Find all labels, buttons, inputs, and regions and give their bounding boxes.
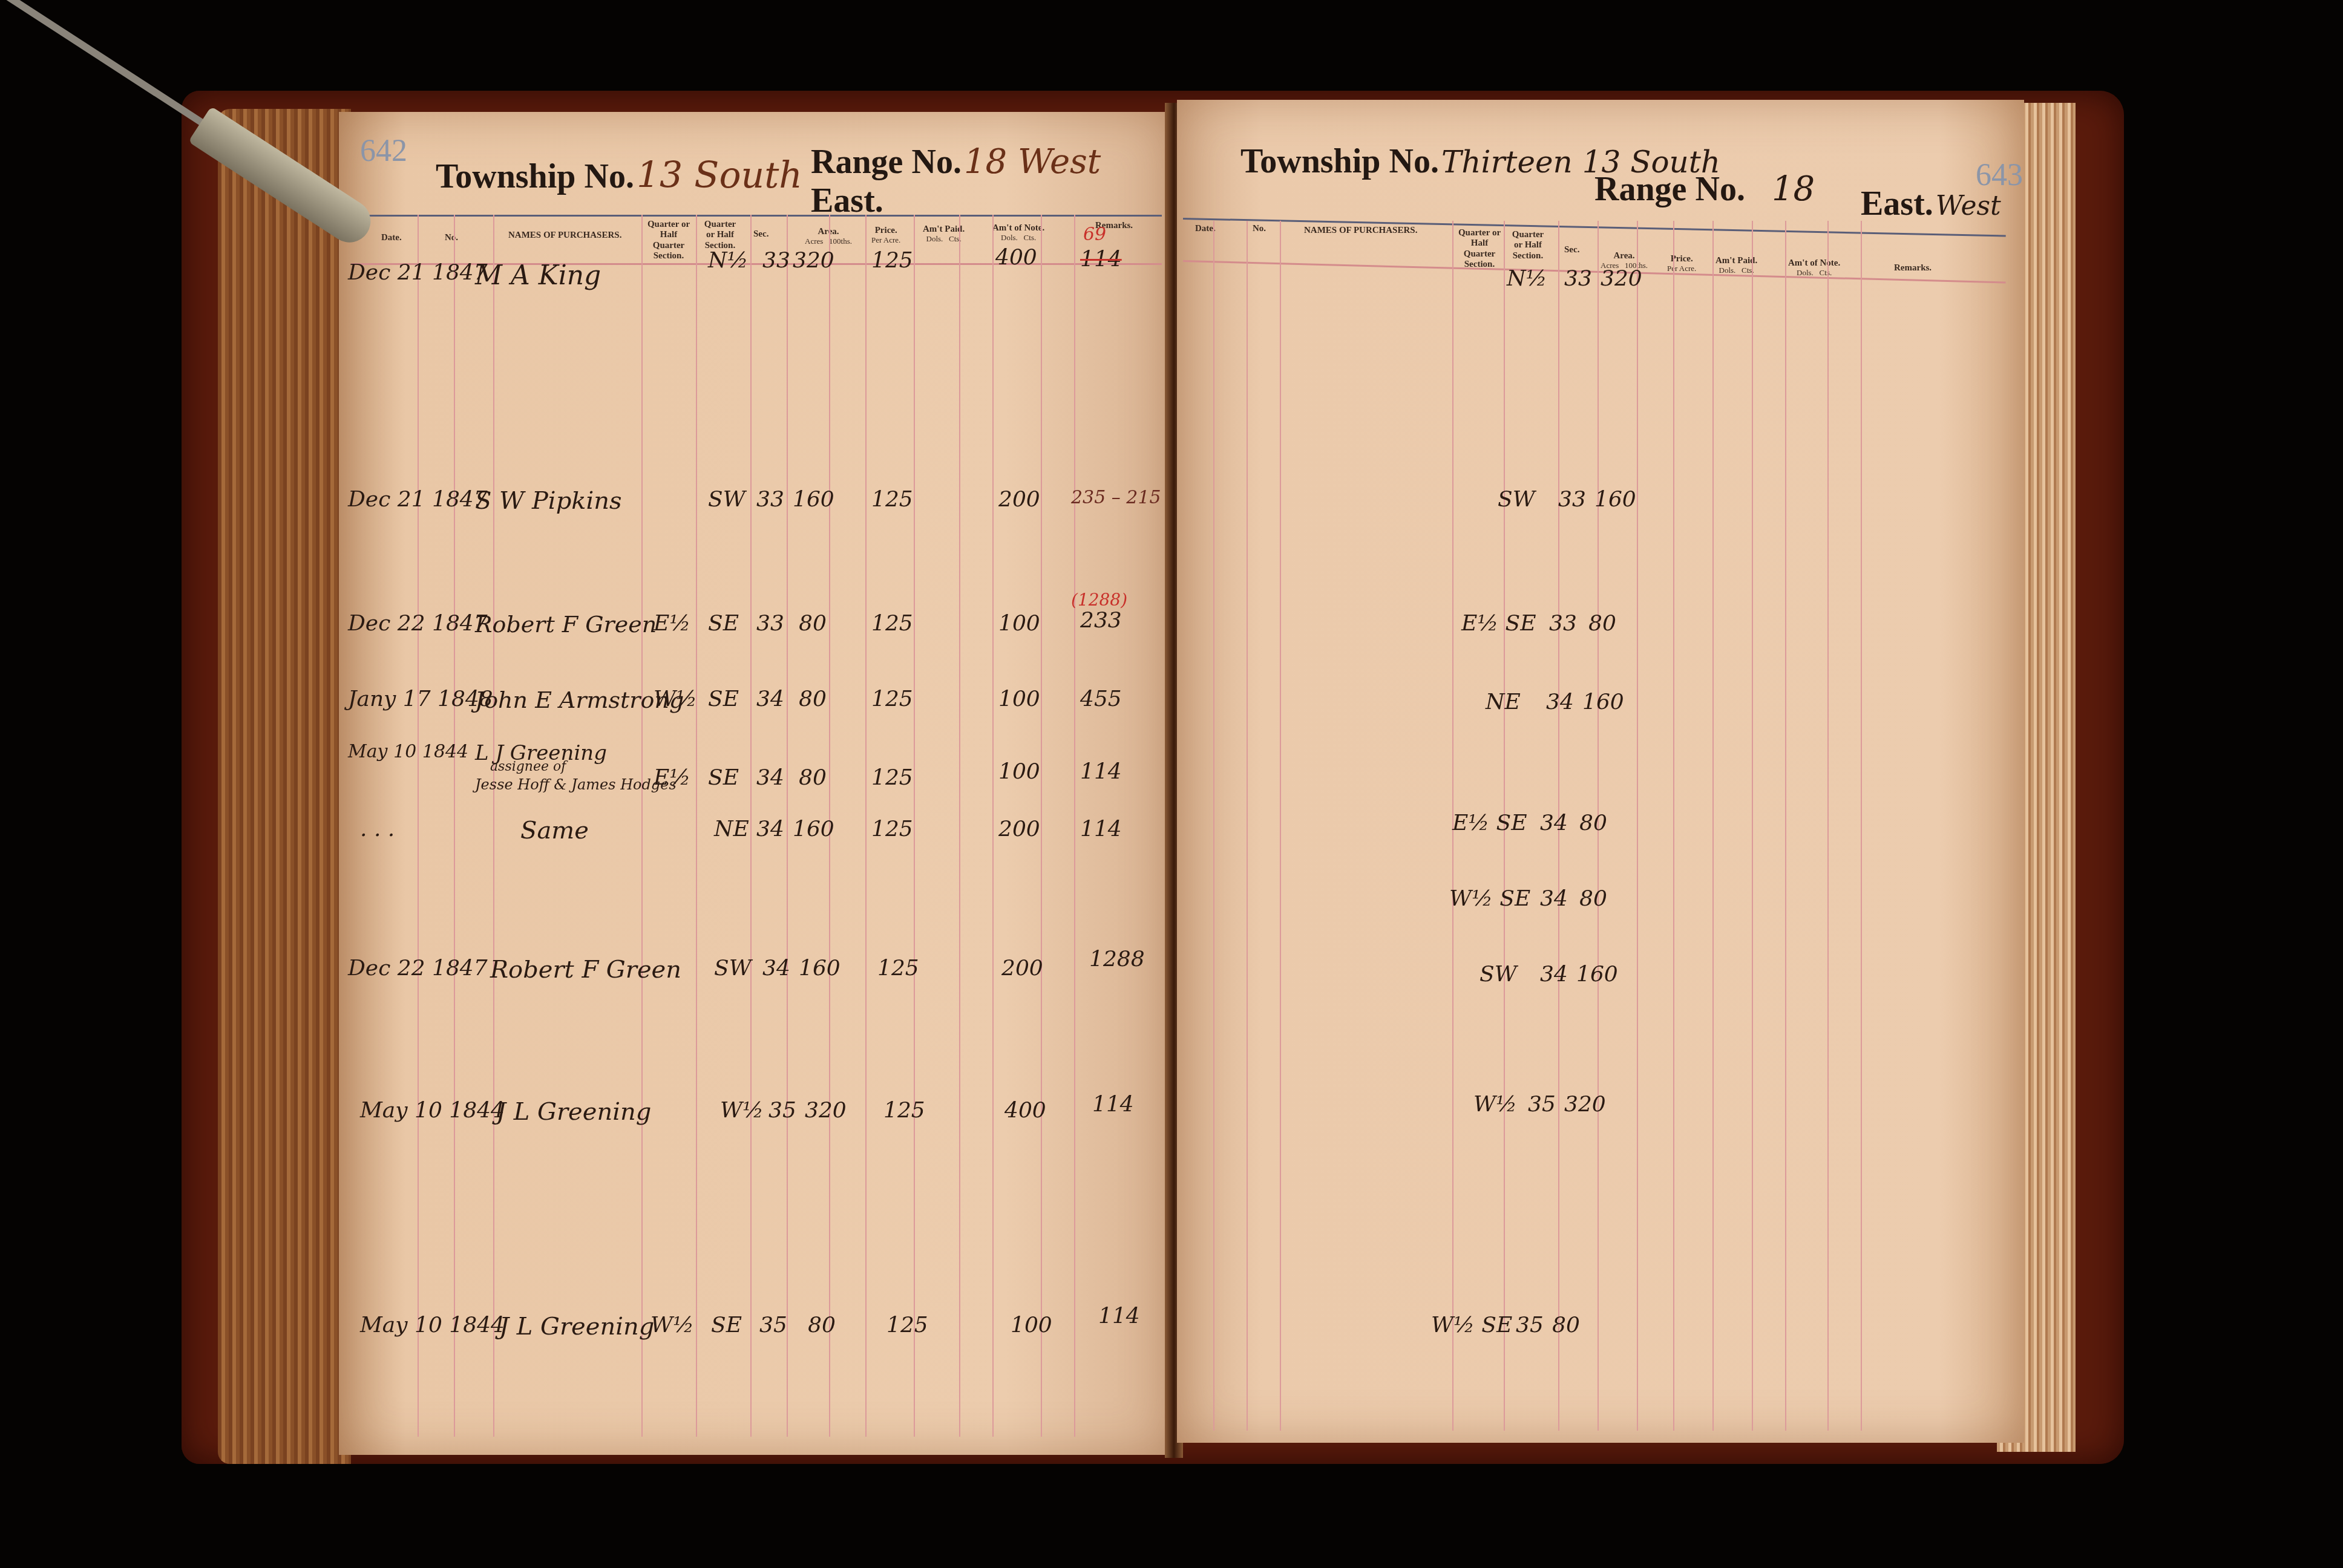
entry-acres: 160 (793, 487, 834, 512)
entry-remark: 114 (1080, 817, 1122, 841)
entry-acres: 80 (799, 765, 827, 790)
right-page: 643 Township No. Thirteen 13 South Range… (1177, 100, 2024, 1443)
ruling (750, 215, 752, 1437)
entry-price: 125 (871, 487, 913, 512)
entry-name: Robert F Green (475, 611, 657, 638)
entry-date: Dec 22 1847 (348, 611, 488, 636)
col-sec: Sec. (753, 229, 768, 240)
entry-sec: 34 (756, 687, 784, 711)
entry-date: May 10 1844 (360, 1313, 505, 1338)
entry-remark: 1288 (1089, 947, 1145, 972)
entry-note: 200 (998, 817, 1040, 841)
township-label: Township No. (1240, 143, 1439, 180)
page-number: 642 (360, 133, 407, 169)
ruling (1280, 221, 1281, 1431)
entry-quarter: SW (714, 956, 752, 981)
ruling (1712, 221, 1714, 1431)
ruling (1247, 221, 1248, 1431)
entry-half-quarter: E½ (654, 611, 690, 636)
entry-price: 125 (886, 1313, 928, 1338)
col-amt-paid: Am't Paid. Dols. Cts. (1715, 256, 1757, 275)
ruling (1041, 215, 1042, 1437)
col-no: No. (445, 233, 458, 243)
entry-name: J L Greening (496, 1098, 651, 1126)
entry-sec: 35 (768, 1098, 796, 1123)
entry-sec: 34 (762, 956, 790, 981)
col-no: No. (1253, 224, 1266, 234)
entry-half-quarter: W½ (650, 1313, 694, 1338)
entry-date: Dec 22 1847 (348, 956, 488, 981)
entry-half-quarter: E½ (654, 765, 690, 790)
page-holder-rod (0, 0, 215, 133)
ruling (418, 215, 419, 1437)
col-names: NAMES OF PURCHASERS. (508, 230, 621, 241)
entry-sec: 35 (759, 1313, 787, 1338)
entry-acres: 80 (799, 687, 827, 711)
entry-quarter: NE (714, 817, 749, 841)
entry-name: Robert F Green (490, 956, 681, 984)
entry-quarter: SE (708, 765, 739, 790)
entry-remark: 114 (1080, 759, 1122, 784)
column-header-rule (1183, 260, 2006, 284)
entry-price: 125 (877, 956, 919, 981)
entry-note: 400 (1004, 1098, 1046, 1123)
ruling (865, 215, 867, 1437)
entry-price: 125 (871, 687, 913, 711)
east-label: East. (811, 182, 883, 220)
entry-date: Dec 21 1847 (348, 487, 488, 512)
entry-note: 200 (1001, 956, 1043, 981)
range-value: 18 West (964, 142, 1101, 181)
ruling (1827, 221, 1829, 1431)
entry-remark: 235 – 215 (1071, 487, 1161, 508)
entry-note: 100 (998, 687, 1040, 711)
entry-remark: 114 (1098, 1304, 1140, 1328)
col-remarks: Remarks. (1894, 263, 1932, 273)
entry-remark: 233 (1080, 608, 1122, 633)
township-value: 13 South (637, 154, 802, 197)
entry-price: 125 (871, 248, 913, 273)
range-label: Range No. (1594, 171, 1745, 208)
entry-price: 125 (871, 611, 913, 636)
entry-sec: 35 (1516, 1313, 1544, 1338)
entry-remark: 114 (1092, 1092, 1134, 1117)
col-sec: Sec. (1564, 245, 1579, 255)
entry-parcel: E½ SE (1461, 611, 1536, 636)
range-header: Range No. 18 West East. (811, 142, 1171, 220)
col-date: Date. (1195, 224, 1216, 234)
entry-remark-red: 69 (1083, 224, 1106, 245)
entry-sec: 33 (1549, 611, 1577, 636)
entry-parcel: W½ (1473, 1092, 1517, 1117)
entry-sec: 33 (756, 487, 784, 512)
entry-parcel: SW (1498, 487, 1535, 512)
entry-note: 200 (998, 487, 1040, 512)
entry-name-assignor: Jesse Hoff & James Hodges (475, 776, 677, 793)
col-amt-note: Am't of Note. Dols. Cts. (1788, 258, 1840, 278)
entry-sec: 33 (756, 611, 784, 636)
entry-acres: 80 (799, 611, 827, 636)
entry-price: 125 (871, 817, 913, 841)
entry-sec: 34 (1540, 886, 1568, 911)
entry-sec: 35 (1528, 1092, 1556, 1117)
entry-acres: 80 (1579, 886, 1607, 911)
entry-quarter: SW (708, 487, 745, 512)
entry-date: May 10 1844 (348, 741, 468, 762)
left-page: 642 Township No. 13 South Range No. 18 W… (339, 112, 1171, 1455)
range-value: 18 (1772, 169, 1815, 209)
entry-name: M A King (475, 260, 601, 291)
entry-acres: 160 (1582, 690, 1624, 714)
ruling (914, 215, 915, 1437)
ruling (1861, 221, 1862, 1431)
entry-remark-red: (1288) (1071, 590, 1127, 610)
ruling (1785, 221, 1786, 1431)
entry-parcel: W½ SE (1431, 1313, 1512, 1338)
entry-half-quarter: W½ (654, 687, 697, 711)
entry-acres: 320 (793, 248, 834, 273)
entry-remark: 455 (1080, 687, 1122, 711)
col-date: Date. (381, 233, 402, 243)
entry-acres: 160 (1576, 962, 1618, 987)
col-quarter-half: Quarter or Half Section. (1507, 230, 1549, 261)
header-rule (351, 215, 1162, 217)
entry-name: S W Pipkins (475, 487, 622, 515)
east-suffix: West (1936, 191, 2001, 221)
ruling (1074, 215, 1075, 1437)
entry-name: Same (520, 817, 589, 844)
col-price: Price. Per Acre. (871, 226, 900, 245)
entry-sec: 34 (1540, 962, 1568, 987)
ruling (493, 215, 494, 1437)
township-label: Township No. (436, 158, 634, 195)
entry-sec: 33 (1564, 266, 1592, 291)
entry-acres: 80 (1552, 1313, 1580, 1338)
entry-note: 400 (995, 245, 1037, 270)
entry-name: J L Greening (499, 1313, 654, 1341)
entry-parcel: SW (1480, 962, 1517, 987)
entry-sec: 33 (762, 248, 790, 273)
col-amt-paid: Am't Paid. Dols. Cts. (923, 224, 965, 244)
entry-price: 125 (871, 765, 913, 790)
entry-parcel: E½ SE (1452, 811, 1527, 835)
ruling (1213, 221, 1214, 1431)
range-header: Range No. 18 (1594, 169, 1815, 209)
east-label: East. (1861, 185, 1933, 223)
entry-price: 125 (883, 1098, 925, 1123)
entry-note: 100 (1011, 1313, 1052, 1338)
entry-note: 100 (998, 759, 1040, 784)
col-area: Area. Acres 100ths. (805, 227, 852, 246)
ruling (696, 215, 697, 1437)
ruling (992, 215, 994, 1437)
ruling (1673, 221, 1674, 1431)
entry-quarter: SE (711, 1313, 742, 1338)
col-names: NAMES OF PURCHASERS. (1304, 226, 1417, 236)
col-price: Price. Per Acre. (1667, 254, 1696, 273)
entry-date: . . . (360, 817, 395, 841)
entry-acres: 80 (1579, 811, 1607, 835)
entry-acres: 80 (808, 1313, 836, 1338)
ruling (959, 215, 960, 1437)
ruling (1637, 221, 1638, 1431)
entry-acres: 320 (1601, 266, 1642, 291)
entry-parcel: NE (1486, 690, 1521, 714)
entry-parcel: W½ SE (1449, 886, 1530, 911)
entry-acres: 160 (1594, 487, 1636, 512)
entry-sec: 34 (1540, 811, 1568, 835)
entry-acres: 80 (1588, 611, 1616, 636)
col-quarter-half-quarter: Quarter or Half Quarter Section. (644, 220, 693, 261)
left-page-edges (218, 109, 351, 1464)
entry-date: Jany 17 1848 (348, 687, 493, 711)
entry-sec: 34 (756, 817, 784, 841)
east-header: East. West (1861, 185, 2001, 223)
entry-remark: 114 (1080, 247, 1122, 272)
ruling (1752, 221, 1753, 1431)
page-header: Township No. 13 South (436, 154, 802, 197)
entry-acres: 160 (799, 956, 841, 981)
entry-sec: 34 (1546, 690, 1574, 714)
entry-sec: 34 (756, 765, 784, 790)
entry-date: Dec 21 1847 (348, 260, 488, 285)
entry-name-assignee: assignee of (490, 759, 566, 774)
entry-sec: 33 (1558, 487, 1586, 512)
entry-quarter: SE (708, 687, 739, 711)
entry-date: May 10 1844 (360, 1098, 505, 1123)
entry-quarter: N½ (708, 248, 748, 273)
entry-acres: 320 (1564, 1092, 1606, 1117)
entry-quarter: SE (708, 611, 739, 636)
col-quarter-half: Quarter or Half Section. (699, 220, 741, 251)
entry-quarter: W½ (720, 1098, 764, 1123)
entry-acres: 160 (793, 817, 834, 841)
entry-name: John E Armstrong (475, 687, 684, 713)
ruling (787, 215, 788, 1437)
ruling (454, 215, 455, 1437)
entry-acres: 320 (805, 1098, 847, 1123)
entry-note: 100 (998, 611, 1040, 636)
entry-parcel: N½ (1507, 266, 1547, 291)
col-amt-note: Am't of Note. Dols. Cts. (992, 223, 1044, 243)
range-label: Range No. (811, 143, 962, 181)
col-quarter-half-quarter: Quarter or Half Quarter Section. (1455, 228, 1504, 270)
ruling (641, 215, 643, 1437)
